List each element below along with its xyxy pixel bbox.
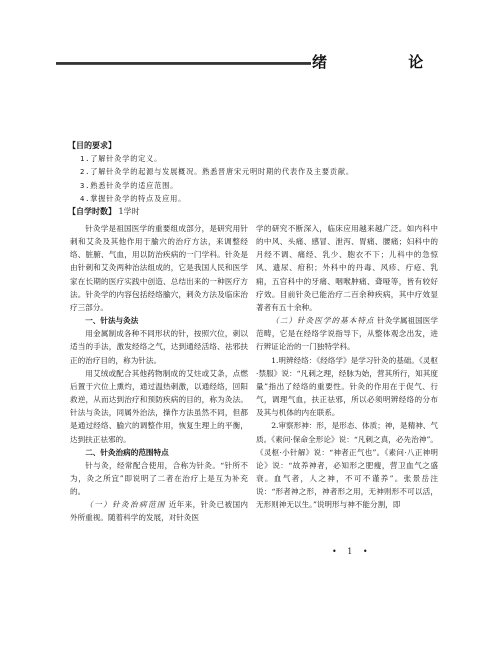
objective-item: 2.了解针灸学的起源与发展概况。熟悉晋唐宋元明时期的代表作及主要贡献。 [68,165,448,178]
paragraph: （二）针灸医学的基本特点 针灸学属祖国医学范畴，它是在经络学说指导下，从整体观念… [256,314,438,353]
objective-item: 3.熟悉针灸学的适应范围。 [68,179,448,192]
right-column: 学的研究不断深入，临床应用越来越广泛。如内科中的中风、头痛、感冒、泄泻、胃痛、腰… [256,222,438,511]
paragraph: （一）针灸治病范围 近年来，针灸已被国内外所重视。随着科学的发展，对针灸医 [70,498,248,524]
chapter-title: 绪 论 [312,51,461,72]
paragraph: 2.审察形神：形，是形态、体质；神，是精神、气质。《素问·保命全形论》说：“凡刺… [256,419,438,511]
subsection-label: （二）针灸医学的基本特点 [271,316,374,325]
paragraph: 学的研究不断深入，临床应用越来越广泛。如内科中的中风、头痛、感冒、泄泻、胃痛、腰… [256,222,438,314]
chapter-header: 绪 论 [56,55,476,79]
paragraph: 用金属制成各种不同形状的针，按照穴位，刺以适当的手法，激发经络之气，达到通经活络… [70,327,248,366]
study-hours-value: 1学时 [119,207,140,216]
paragraph: 针与灸，经常配合使用，合称为针灸。“针所不为，灸之所宜”即说明了二者在治疗上是互… [70,459,248,498]
subsection-label: （一）针灸治病范围 [85,500,166,509]
section-heading: 二、针灸治病的范围特点 [70,446,248,459]
study-hours-heading: 【自学时数】 [68,207,116,216]
objective-item: 1.了解针灸学的定义。 [68,152,448,165]
header-rule [56,62,311,65]
left-column: 针灸学是祖国医学的重要组成部分，是研究用针刺和艾灸及其他作用于腧穴的治疗方法，来… [70,222,248,525]
section-heading: 一、针法与灸法 [70,314,248,327]
objectives-block: 【目的要求】 1.了解针灸学的定义。 2.了解针灸学的起源与发展概况。熟悉晋唐宋… [68,139,448,218]
objective-item: 4.掌握针灸学的特点及应用。 [68,192,448,205]
page-number: • 1 • [332,547,372,556]
study-hours: 【自学时数】 1学时 [68,205,448,218]
paragraph: 针灸学是祖国医学的重要组成部分，是研究用针刺和艾灸及其他作用于腧穴的治疗方法，来… [70,222,248,314]
paragraph: 用艾绒或配合其他药物制成的艾炷或艾条，点燃后置于穴位上熏灼，通过温热刺激，以通经… [70,367,248,446]
objectives-heading: 【目的要求】 [68,139,448,152]
paragraph: 1.明辨经络：《经络学》是学习针灸的基础。《灵枢·禁服》说：“凡刺之理，经脉为始… [256,354,438,420]
